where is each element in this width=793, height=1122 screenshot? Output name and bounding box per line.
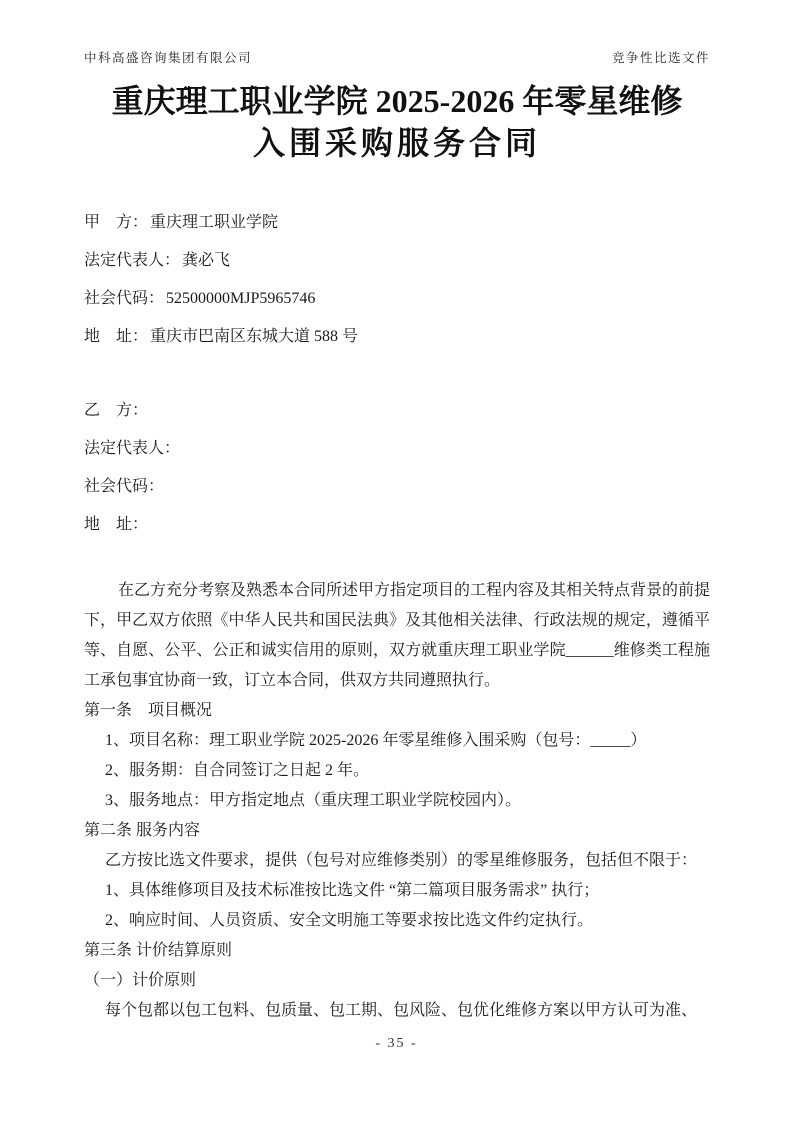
party-a-name-label: 甲 方： <box>84 214 148 231</box>
party-b-social-code-value <box>164 478 166 495</box>
article-2-item-1: 1、具体维修项目及技术标准按比选文件 “第二篇项目服务需求” 执行； <box>84 876 710 906</box>
page-header: 中科高盛咨询集团有限公司 竞争性比选文件 <box>84 48 710 64</box>
party-b-name-label: 乙 方： <box>84 402 148 419</box>
document-title: 重庆理工职业学院 2025-2026 年零星维修 入围采购服务合同 <box>84 80 710 164</box>
party-a-block: 甲 方：重庆理工职业学院 法定代表人：龚必飞 社会代码：52500000MJP5… <box>84 214 710 366</box>
contract-document-page: 中科高盛咨询集团有限公司 竞争性比选文件 重庆理工职业学院 2025-2026 … <box>0 0 793 1122</box>
preamble-fill-in-blank: ______ <box>566 642 614 659</box>
article-3-block: 第三条 计价结算原则 （一）计价原则 每个包都以包工包料、包质量、包工期、包风险… <box>84 936 710 1026</box>
article-1-item-service-period: 2、服务期：自合同签订之日起 2 年。 <box>84 756 710 786</box>
article-3-paragraph: 每个包都以包工包料、包质量、包工期、包风险、包优化维修方案以甲方认可为准、 <box>84 996 710 1026</box>
party-b-legal-rep-label: 法定代表人： <box>84 440 180 457</box>
article-1-block: 第一条 项目概况 1、项目名称：理工职业学院 2025-2026 年零星维修入围… <box>84 696 710 816</box>
party-a-address-label: 地 址： <box>84 328 148 345</box>
article-1-item-project-name: 1、项目名称：理工职业学院 2025-2026 年零星维修入围采购（包号：___… <box>84 726 710 756</box>
header-title-gap <box>84 64 710 80</box>
page-number: - 35 - <box>0 1036 793 1052</box>
article-2-item-2: 2、响应时间、人员资质、安全文明施工等要求按比选文件约定执行。 <box>84 906 710 936</box>
party-b-address-value <box>148 516 150 533</box>
document-title-line1: 重庆理工职业学院 2025-2026 年零星维修 <box>84 80 710 122</box>
title-party-gap <box>84 164 710 214</box>
party-b-social-code-label: 社会代码： <box>84 478 164 495</box>
article-3-sub-heading: （一）计价原则 <box>84 966 710 996</box>
header-company-name: 中科高盛咨询集团有限公司 <box>84 48 252 66</box>
party-a-address-row: 地 址：重庆市巴南区东城大道 588 号 <box>84 328 710 366</box>
party-preamble-gap <box>84 554 710 576</box>
party-b-block: 乙 方： 法定代表人： 社会代码： 地 址： <box>84 402 710 554</box>
party-a-b-gap <box>84 366 710 402</box>
party-b-address-row: 地 址： <box>84 516 710 554</box>
party-a-name-value: 重庆理工职业学院 <box>148 214 278 231</box>
party-a-social-code-value: 52500000MJP5965746 <box>164 290 315 307</box>
party-a-legal-rep-value: 龚必飞 <box>180 252 230 269</box>
article-2-heading: 第二条 服务内容 <box>84 816 710 846</box>
party-b-name-row: 乙 方： <box>84 402 710 440</box>
party-b-address-label: 地 址： <box>84 516 148 533</box>
article-1-item-service-location: 3、服务地点：甲方指定地点（重庆理工职业学院校园内）。 <box>84 786 710 816</box>
article-2-intro: 乙方按比选文件要求，提供（包号对应维修类别）的零星维修服务，包括但不限于： <box>84 846 710 876</box>
article-1-heading: 第一条 项目概况 <box>84 696 710 726</box>
preamble-paragraph: 在乙方充分考察及熟悉本合同所述甲方指定项目的工程内容及其相关特点背景的前提下，甲… <box>84 576 710 696</box>
party-a-social-code-label: 社会代码： <box>84 290 164 307</box>
article-2-block: 第二条 服务内容 乙方按比选文件要求，提供（包号对应维修类别）的零星维修服务，包… <box>84 816 710 936</box>
party-a-legal-rep-row: 法定代表人：龚必飞 <box>84 252 710 290</box>
party-b-legal-rep-row: 法定代表人： <box>84 440 710 478</box>
party-b-legal-rep-value <box>180 440 182 457</box>
header-doc-type: 竞争性比选文件 <box>612 48 710 66</box>
party-b-social-code-row: 社会代码： <box>84 478 710 516</box>
top-margin <box>84 0 710 48</box>
party-a-name-row: 甲 方：重庆理工职业学院 <box>84 214 710 252</box>
article-3-heading: 第三条 计价结算原则 <box>84 936 710 966</box>
party-b-name-value <box>148 402 150 419</box>
party-a-address-value: 重庆市巴南区东城大道 588 号 <box>148 328 358 345</box>
document-title-line2: 入围采购服务合同 <box>84 122 710 164</box>
party-a-legal-rep-label: 法定代表人： <box>84 252 180 269</box>
party-a-social-code-row: 社会代码：52500000MJP5965746 <box>84 290 710 328</box>
